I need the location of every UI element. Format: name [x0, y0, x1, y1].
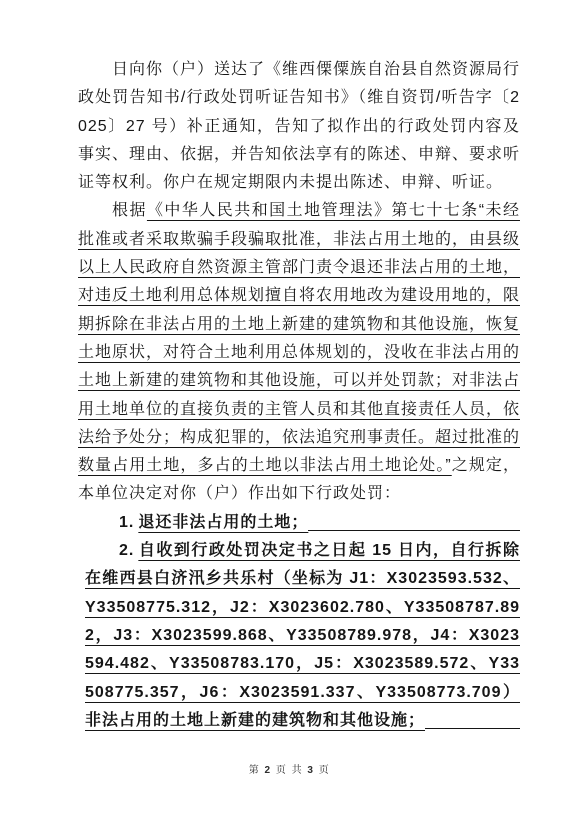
- penalty-item-2-number: 2.: [119, 542, 134, 559]
- page-number: 2: [265, 765, 272, 776]
- underline-filler: [308, 530, 520, 531]
- legal-citation-underlined: 《中华人民共和国土地管理法》第七十七条“未经批准或者采取欺骗手段骗取批准，非法占…: [78, 202, 520, 474]
- penalty-item-1-text: 退还非法占用的土地；: [138, 514, 308, 531]
- paragraph-service-notice: 日向你（户）送达了《维西傈僳族自治县自然资源局行政处罚告知书/行政处罚听证告知书…: [78, 56, 520, 197]
- footer-label-middle: 页 共: [272, 765, 308, 776]
- document-page: { "colors": { "page_background": "#fffff…: [0, 0, 579, 820]
- legal-basis-prefix: 根据: [112, 202, 147, 219]
- penalty-item-2: 2.自收到行政处罚决定书之日起 15 日内，自行拆除在维西县白济汛乡共乐村（坐标…: [78, 537, 520, 735]
- document-body: 日向你（户）送达了《维西傈僳族自治县自然资源局行政处罚告知书/行政处罚听证告知书…: [78, 56, 520, 735]
- service-notice-text: 日向你（户）送达了《维西傈僳族自治县自然资源局行政处罚告知书/行政处罚听证告知书…: [78, 61, 520, 191]
- page-footer: 第 2 页 共 3 页: [0, 761, 579, 776]
- footer-label-suffix: 页: [314, 765, 330, 776]
- footer-label-prefix: 第: [249, 765, 265, 776]
- paragraph-legal-basis: 根据《中华人民共和国土地管理法》第七十七条“未经批准或者采取欺骗手段骗取批准，非…: [78, 197, 520, 508]
- penalty-item-2-text: 自收到行政处罚决定书之日起 15 日内，自行拆除在维西县白济汛乡共乐村（坐标为 …: [85, 542, 520, 729]
- penalty-item-1: 1.退还非法占用的土地；: [78, 509, 520, 537]
- underline-filler: [425, 728, 520, 729]
- penalty-item-1-number: 1.: [119, 514, 134, 531]
